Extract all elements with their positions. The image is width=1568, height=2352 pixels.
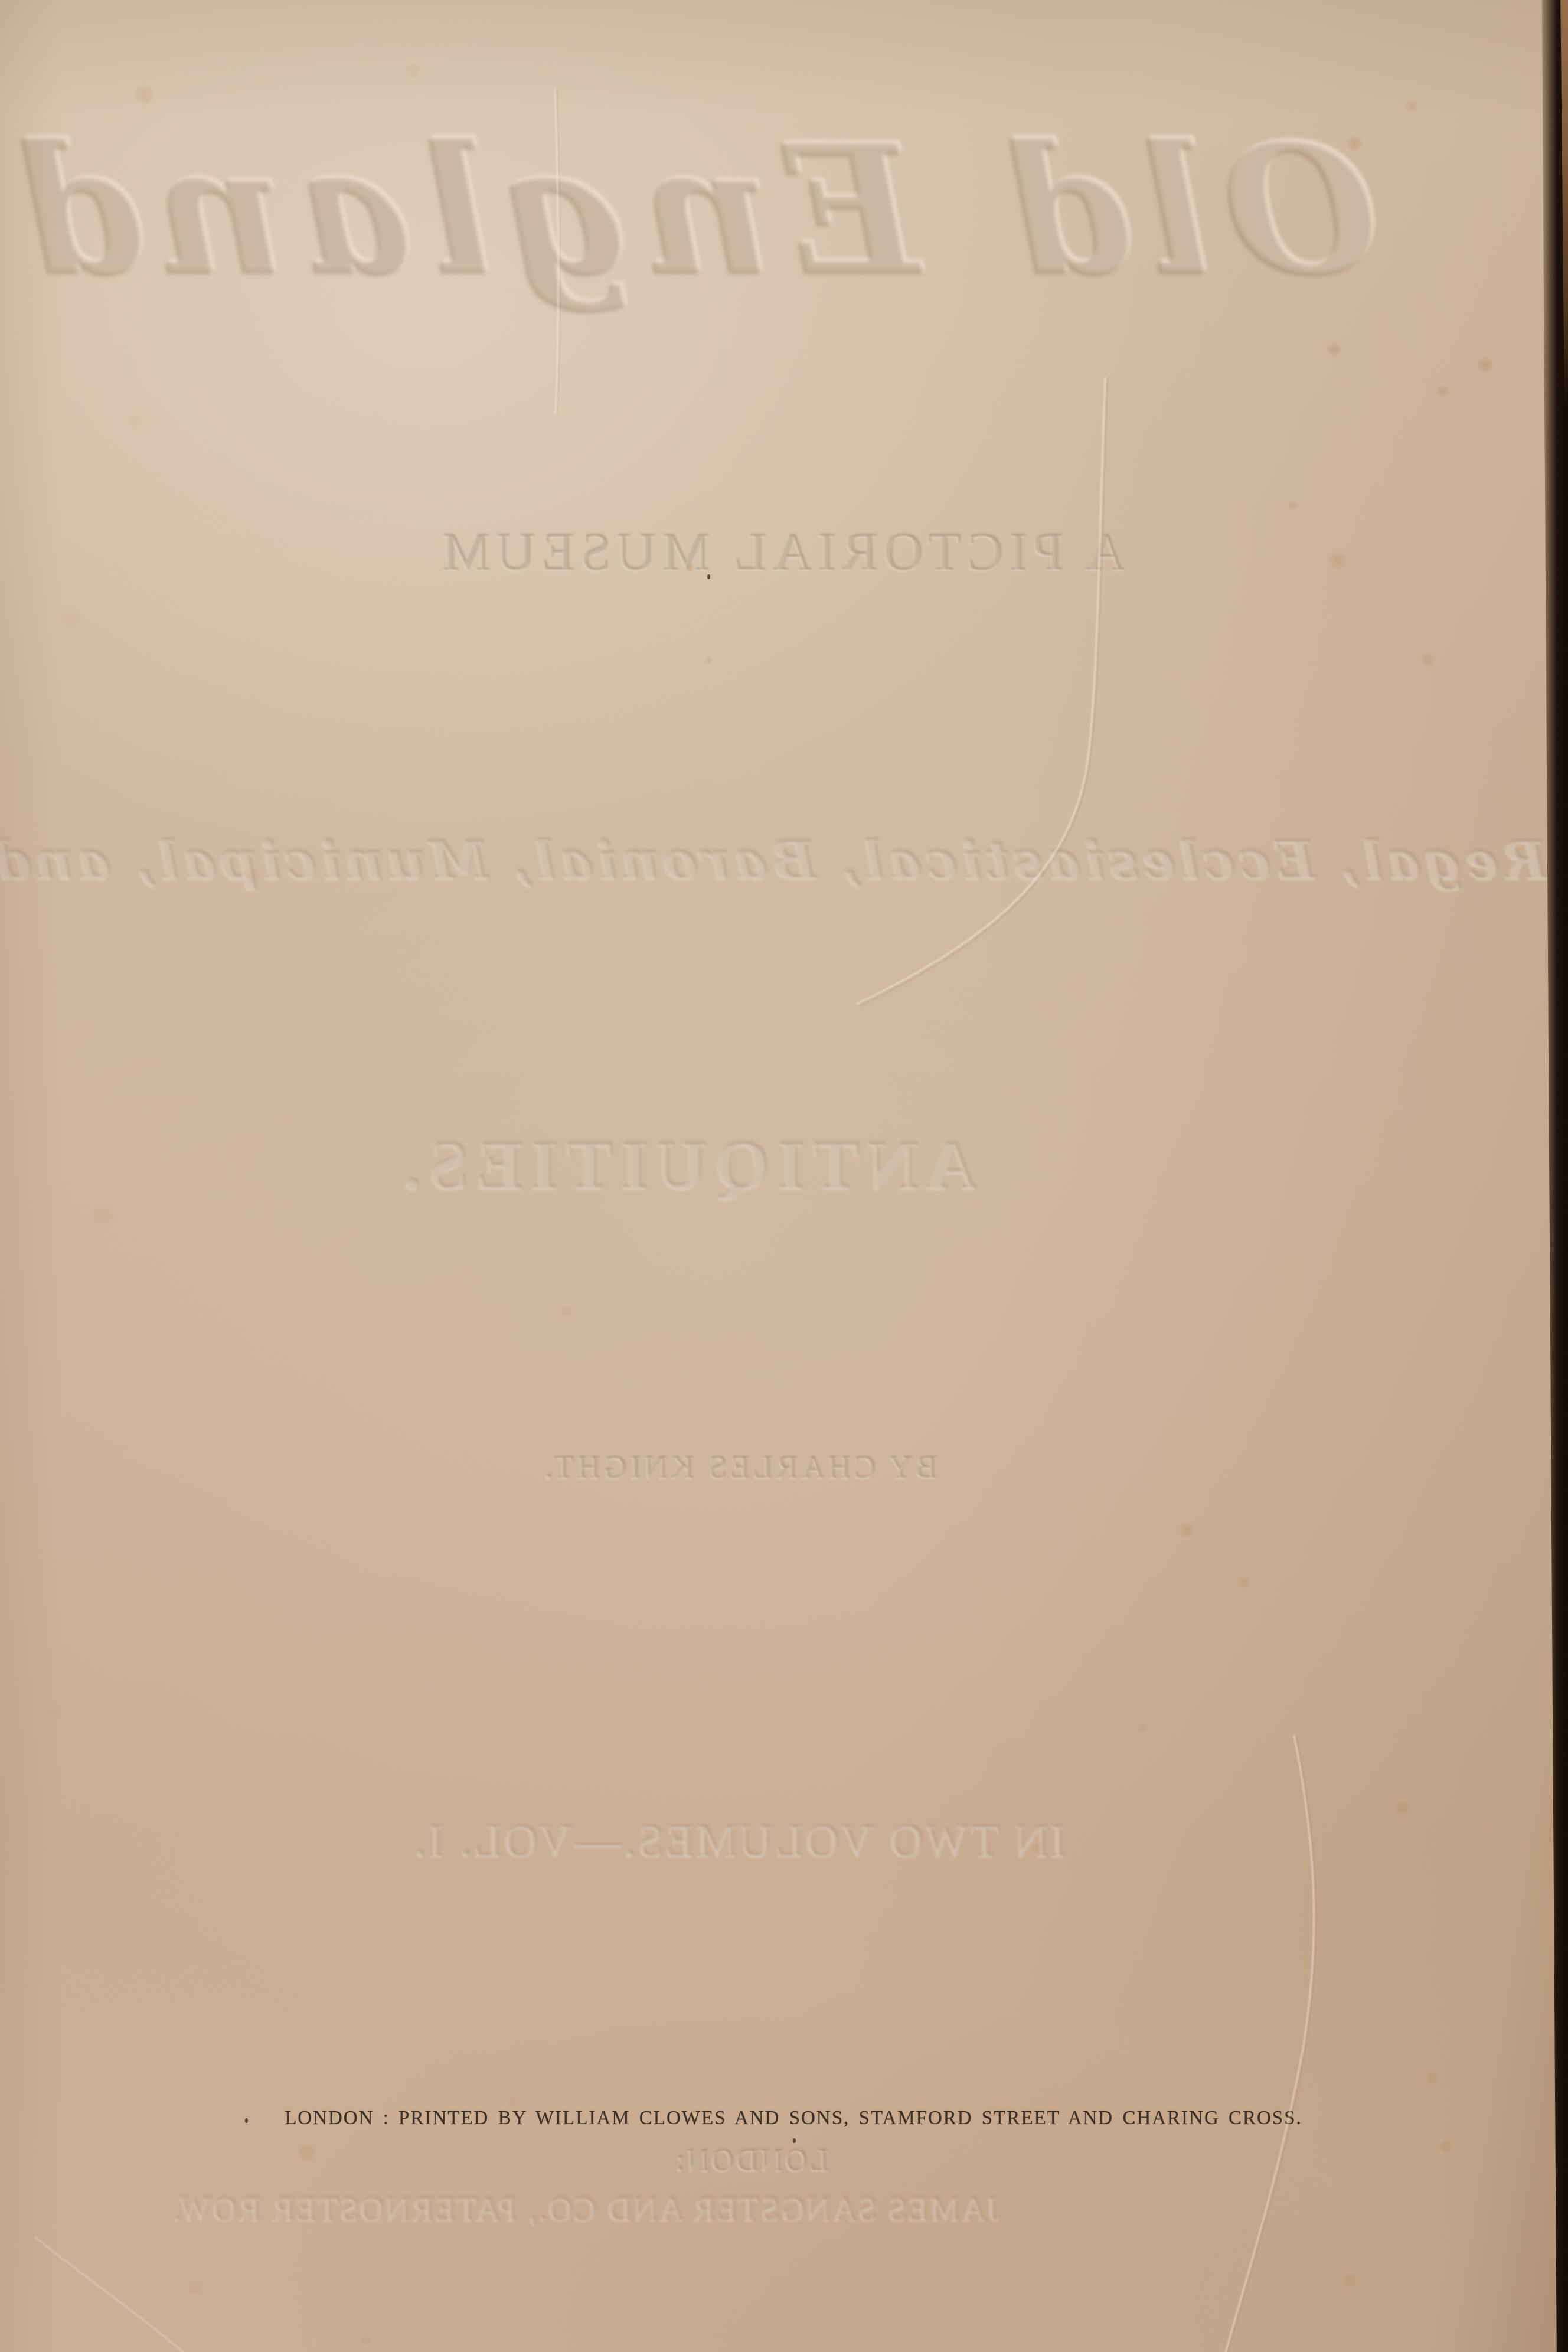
showthrough-descriptor-line: Regal, Ecclesiastical, Baronial, Municip… — [0, 834, 1547, 887]
foxing-spot — [128, 413, 143, 428]
ink-speck — [793, 2138, 796, 2143]
foxing-spot — [560, 1305, 574, 1319]
showthrough-city-line: LONDON: — [0, 2145, 1535, 2176]
foxing-spot — [1178, 1522, 1195, 1538]
foxing-spot — [705, 656, 713, 664]
foxing-spot — [1436, 384, 1450, 398]
foxing-spot — [187, 2280, 203, 2297]
foxing-spot — [1136, 1721, 1148, 1733]
foxing-spot — [1425, 2071, 1439, 2085]
book-page-photo: Old England A PICTORIAL MUSEUM Regal, Ec… — [0, 0, 1568, 2352]
book-gutter-shadow — [1537, 0, 1568, 2352]
foxing-spot — [359, 2332, 373, 2346]
foxing-spot — [1476, 356, 1494, 374]
foxing-spot — [1420, 652, 1435, 668]
showthrough-series-line: A PICTORIAL MUSEUM — [0, 524, 1564, 579]
foxing-spot — [44, 1703, 63, 1721]
foxing-spot — [1236, 1575, 1250, 1589]
foxing-spot — [1394, 1799, 1411, 1816]
showthrough-volume-line: IN TWO VOLUMES.—VOL. I. — [0, 1817, 1523, 1863]
foxing-spot — [405, 63, 422, 79]
foxing-spot — [1327, 342, 1342, 357]
foxing-spot — [1287, 499, 1299, 511]
foxing-spot — [92, 1204, 115, 1228]
showthrough-title: Old England — [0, 121, 1476, 298]
printer-imprint-line: LONDON : PRINTED BY WILLIAM CLOWES AND S… — [9, 2109, 1568, 2128]
foxing-spot — [1341, 2272, 1358, 2288]
foxing-spot — [133, 83, 156, 106]
showthrough-byline: BY CHARLES KNIGHT. — [0, 1451, 1523, 1483]
showthrough-publisher-line: JAMES SANGSTER AND CO., PATERNOSTER ROW. — [0, 2193, 1370, 2226]
showthrough-antiquities-line: ANTIQUITIES. — [0, 1131, 1470, 1200]
foxing-spot — [1405, 98, 1419, 112]
foxing-spot — [58, 607, 84, 633]
